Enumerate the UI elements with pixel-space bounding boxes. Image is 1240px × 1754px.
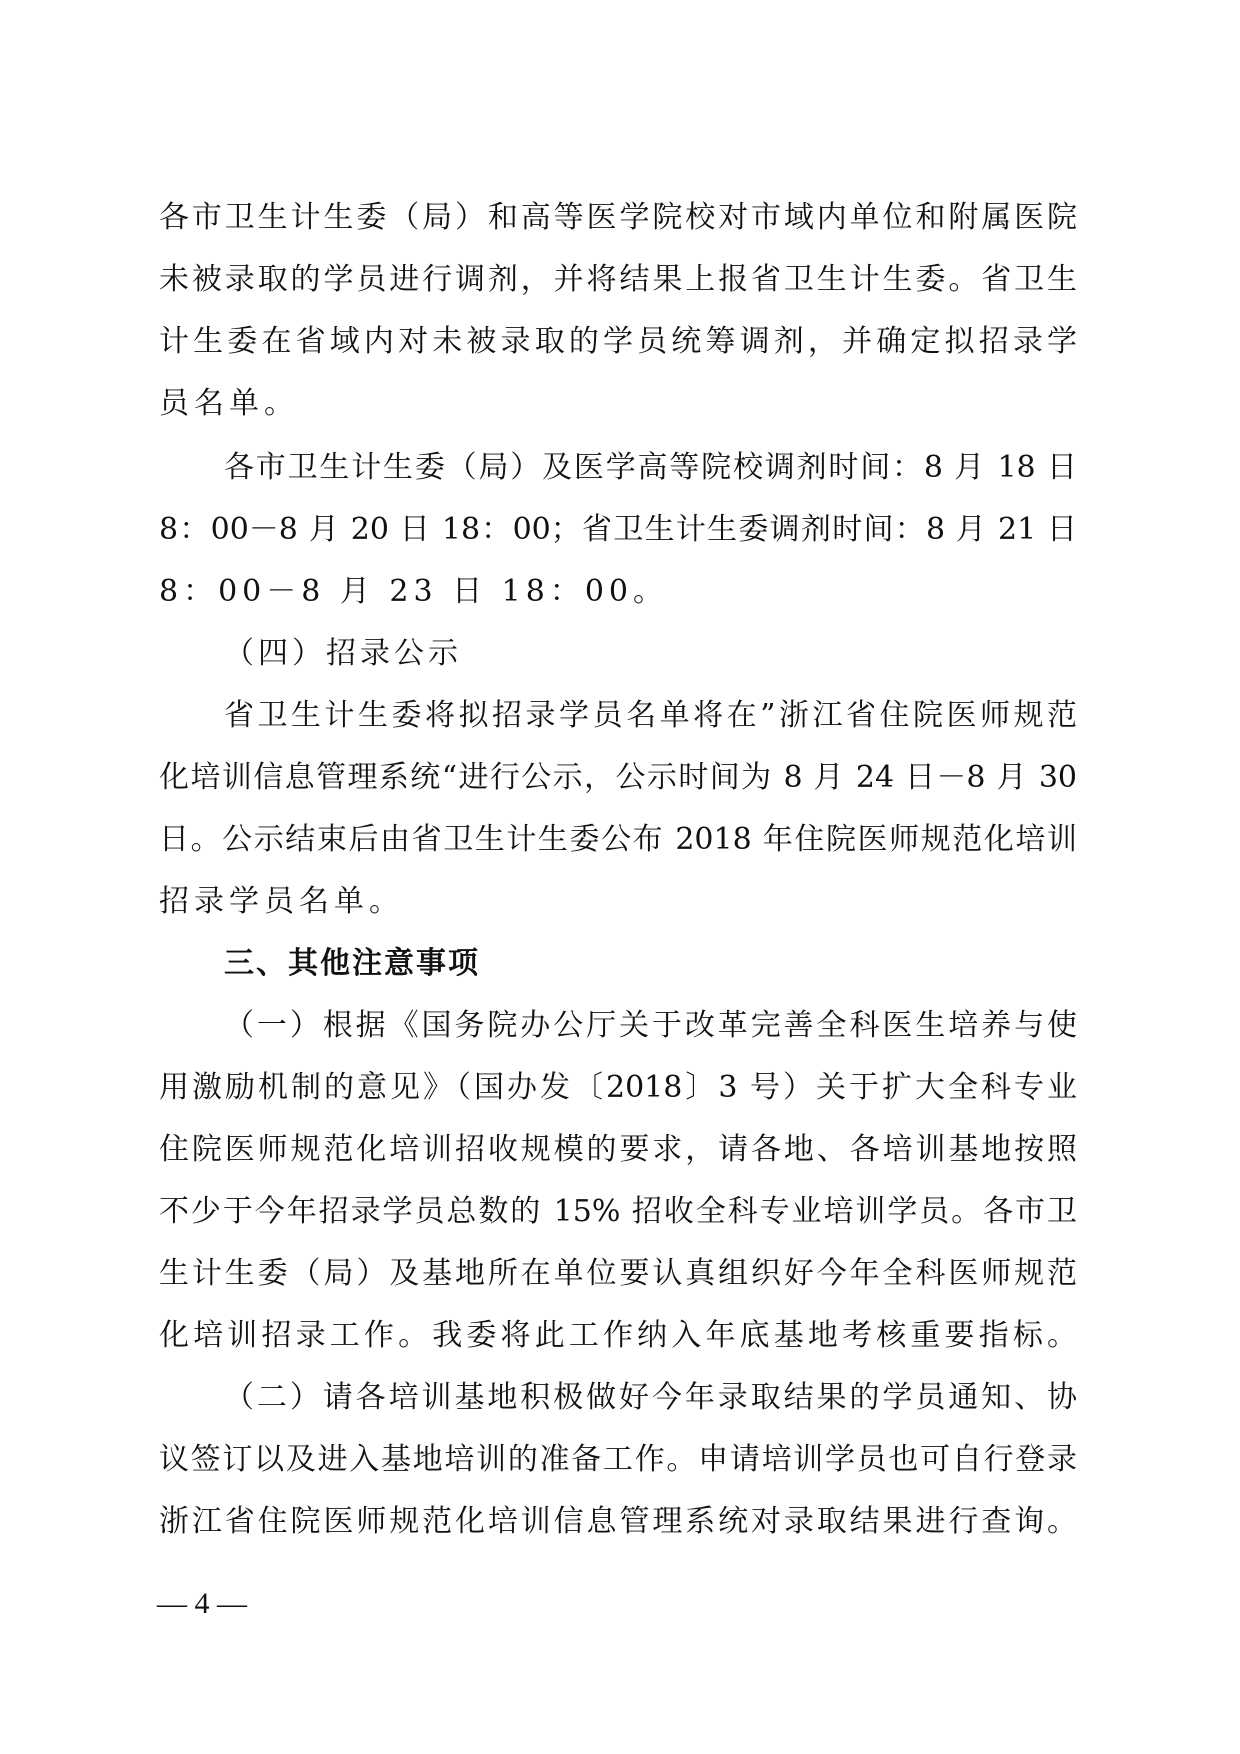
paragraph-line: 招录学员名单。 [159, 882, 1077, 922]
paragraph-line: 浙江省住院医师规范化培训信息管理系统对录取结果进行查询。 [159, 1502, 1077, 1542]
paragraph-line: 省卫生计生委将拟招录学员名单将在”浙江省住院医师规范 [224, 696, 1077, 736]
section-heading: 三、其他注意事项 [224, 944, 1077, 984]
paragraph-line: 化培训信息管理系统“进行公示，公示时间为 8 月 24 日－8 月 30 [159, 758, 1077, 798]
paragraph-line: 不少于今年招录学员总数的 15% 招收全科专业培训学员。各市卫 [159, 1192, 1077, 1232]
paragraph-line: 用激励机制的意见》（国办发〔2018〕3 号）关于扩大全科专业 [159, 1068, 1077, 1108]
paragraph-line: 日。公示结束后由省卫生计生委公布 2018 年住院医师规范化培训 [159, 820, 1077, 860]
paragraph-line: 计生委在省域内对未被录取的学员统筹调剂，并确定拟招录学 [159, 322, 1077, 362]
paragraph-line: 化培训招录工作。我委将此工作纳入年底基地考核重要指标。 [159, 1316, 1077, 1356]
paragraph-line: 未被录取的学员进行调剂，并将结果上报省卫生计生委。省卫生 [159, 260, 1077, 300]
paragraph-line: 员名单。 [159, 384, 1077, 424]
document-page: 各市卫生计生委（局）和高等医学院校对市域内单位和附属医院 未被录取的学员进行调剂… [0, 0, 1240, 1754]
paragraph-line: 生计生委（局）及基地所在单位要认真组织好今年全科医师规范 [159, 1254, 1077, 1294]
paragraph-line: 8：00－8 月 20 日 18：00；省卫生计生委调剂时间：8 月 21 日 [159, 510, 1077, 550]
page-number: — 4 — [157, 1584, 247, 1624]
paragraph-line: 各市卫生计生委（局）及医学高等院校调剂时间：8 月 18 日 [224, 448, 1077, 488]
paragraph-line: （二）请各培训基地积极做好今年录取结果的学员通知、协 [224, 1378, 1077, 1418]
paragraph-line: 各市卫生计生委（局）和高等医学院校对市域内单位和附属医院 [159, 198, 1077, 238]
paragraph-line: （一）根据《国务院办公厅关于改革完善全科医生培养与使 [224, 1006, 1077, 1046]
paragraph-line: 住院医师规范化培训招收规模的要求，请各地、各培训基地按照 [159, 1130, 1077, 1170]
paragraph-line: 议签订以及进入基地培训的准备工作。申请培训学员也可自行登录 [159, 1440, 1077, 1480]
section-subheading: （四）招录公示 [224, 634, 1077, 674]
paragraph-line: 8：00－8 月 23 日 18：00。 [159, 572, 1077, 612]
